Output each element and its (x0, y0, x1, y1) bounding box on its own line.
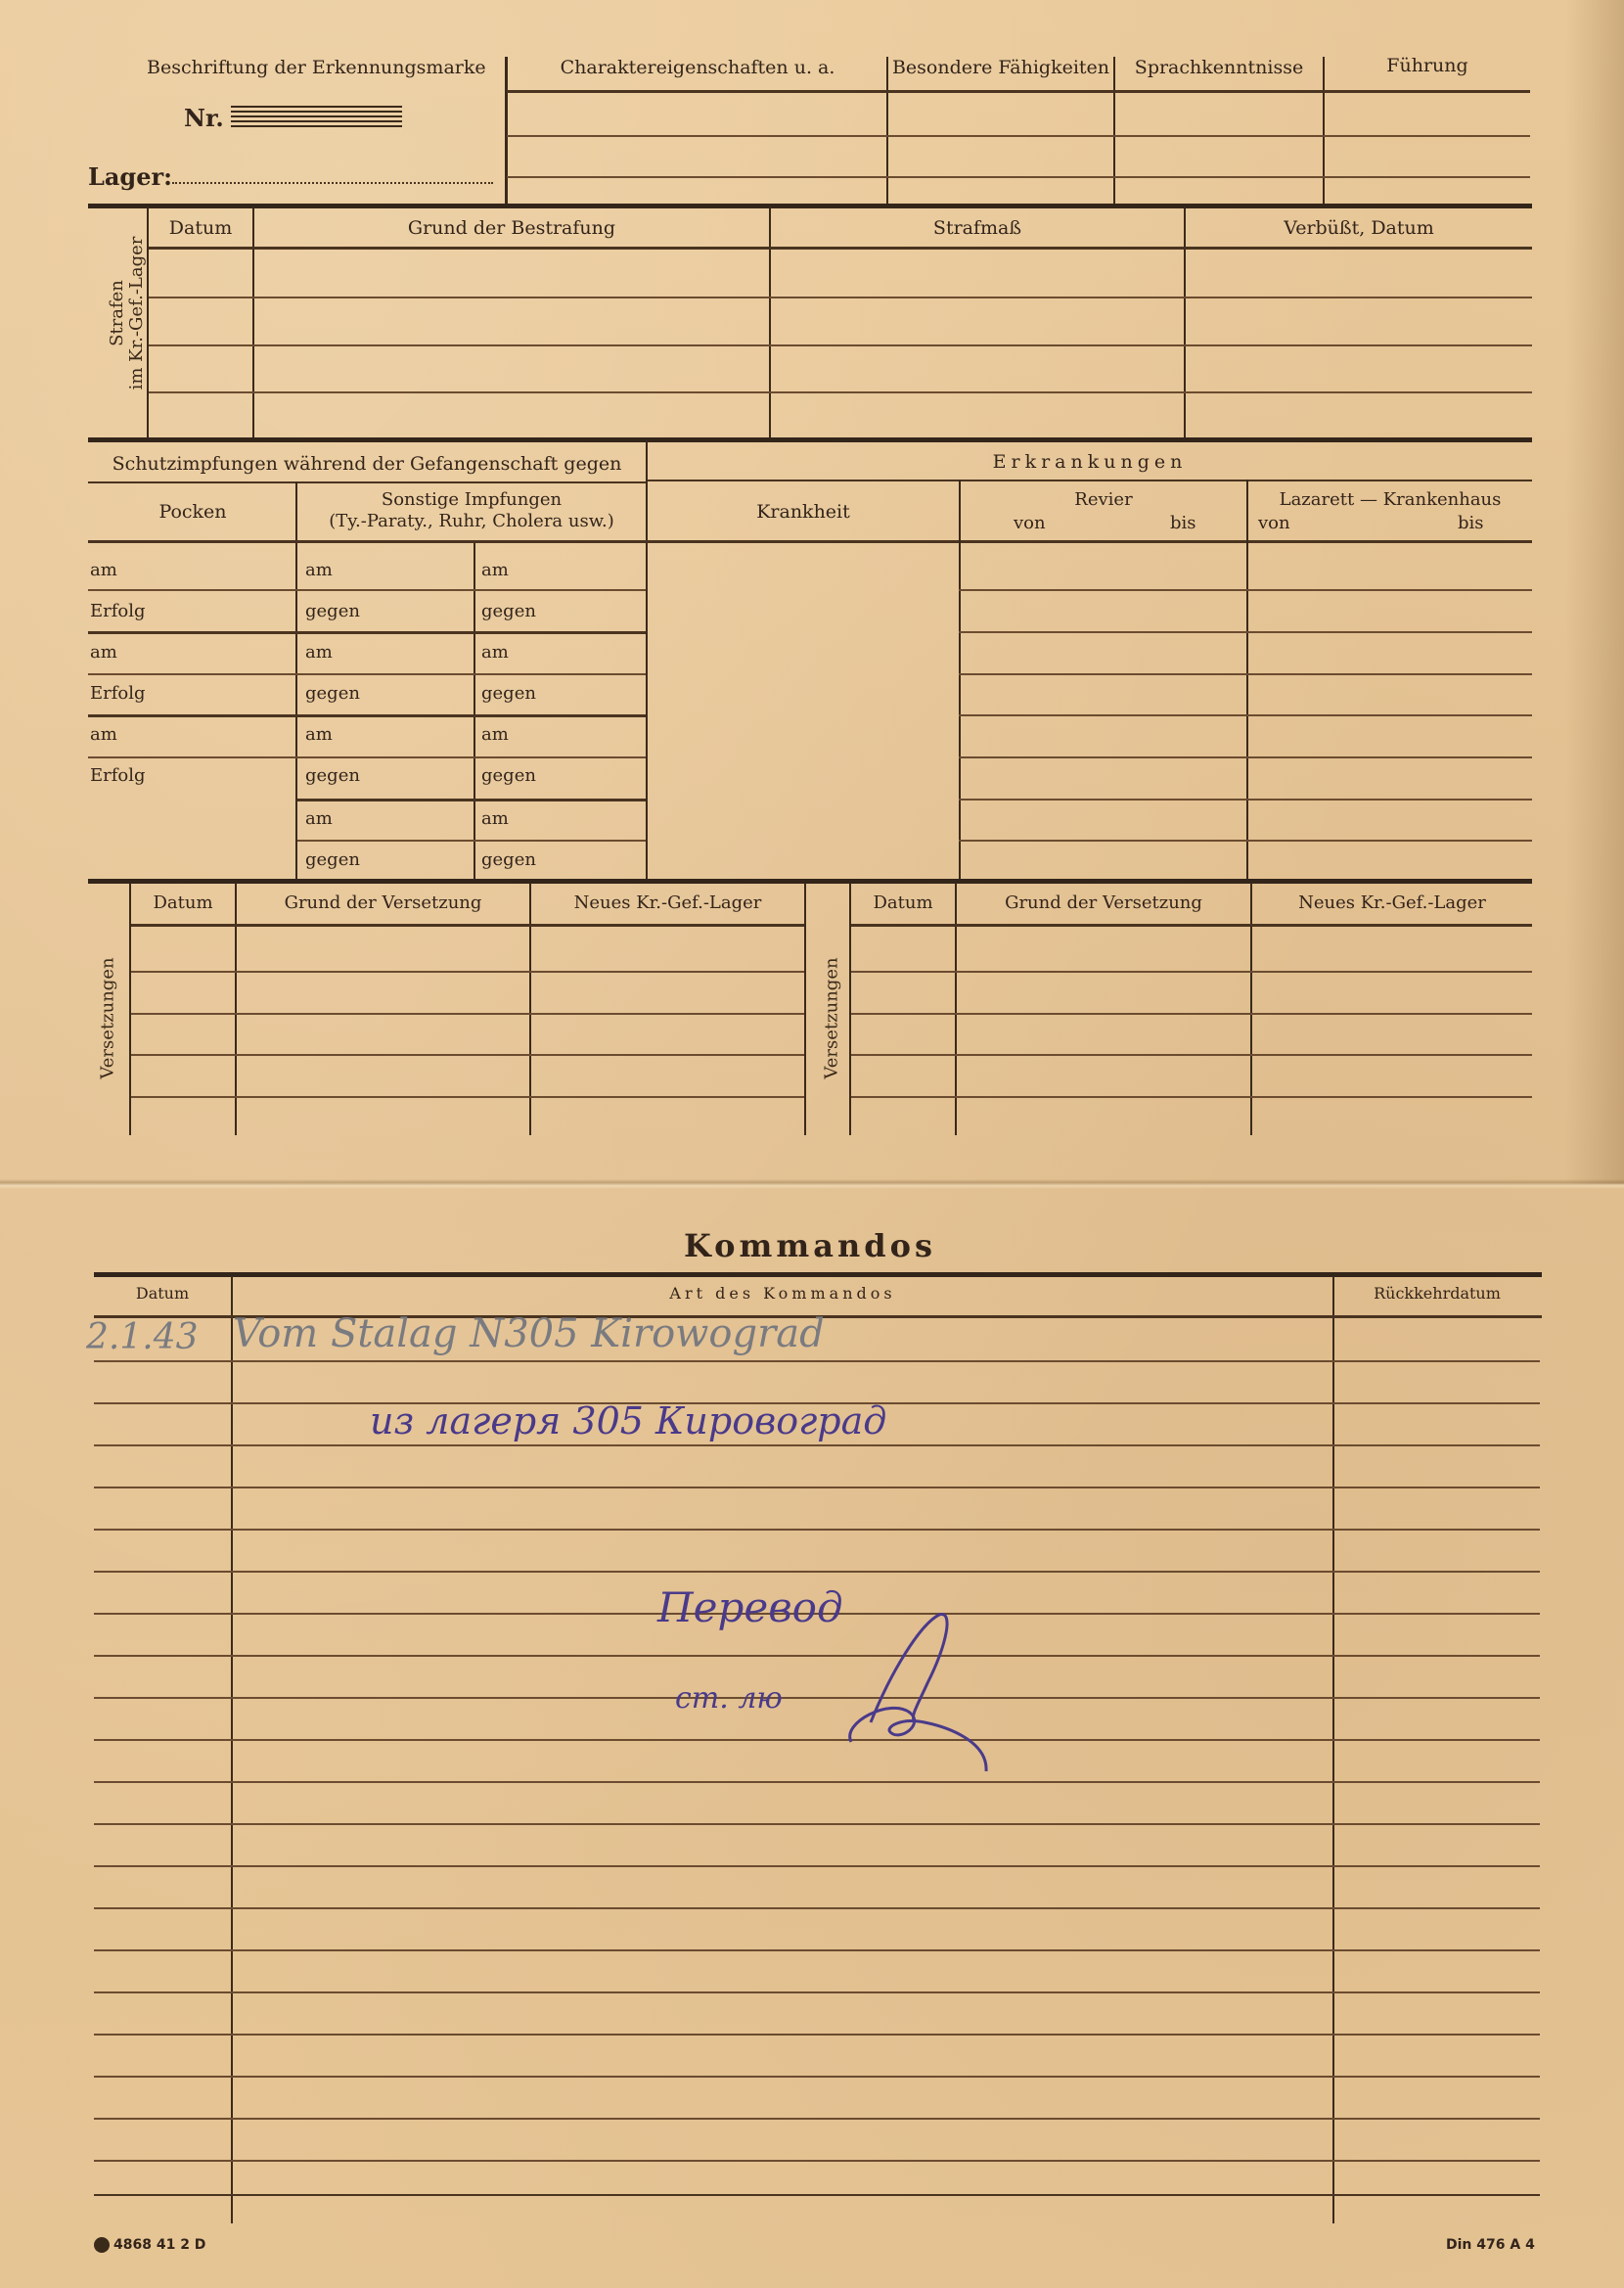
rule (88, 589, 646, 591)
divider (1113, 57, 1115, 206)
rule (94, 2034, 1540, 2036)
rule (959, 714, 1532, 716)
col-lazarett: Lazarett — Krankenhaus (1248, 489, 1532, 510)
rule (94, 2076, 1540, 2078)
rule (851, 1096, 1532, 1098)
col-date: Datum (131, 892, 235, 913)
other-am: am (305, 724, 333, 745)
rule (648, 480, 1532, 481)
rule (131, 924, 804, 927)
col-character: Charaktereigenschaften u. a. (509, 57, 886, 78)
rule (88, 481, 646, 483)
col-penalty: Strafmaß (771, 217, 1184, 239)
rule (507, 90, 1530, 93)
other-am: am (481, 560, 509, 580)
col-date: Datum (94, 1284, 231, 1303)
rule (94, 1655, 1540, 1657)
lazarett-to: bis (1458, 513, 1484, 533)
section-rule (88, 437, 1532, 442)
paper-edge-stain (1565, 0, 1624, 1184)
rule (88, 631, 646, 634)
col-conduct: Führung (1325, 55, 1530, 76)
rule (94, 1444, 1540, 1446)
rule (94, 2118, 1540, 2120)
rule (851, 971, 1532, 973)
rule (131, 1054, 804, 1056)
other-gegen: gegen (305, 683, 360, 704)
divider (1323, 57, 1325, 206)
other-gegen: gegen (305, 765, 360, 786)
divider (505, 57, 508, 206)
rule (94, 1949, 1540, 1951)
col-transfer-reason: Grund der Versetzung (957, 892, 1250, 913)
col-abilities: Besondere Fähigkeiten (888, 57, 1113, 78)
din-format: Din 476 A 4 (1446, 2237, 1535, 2253)
rule (131, 1013, 804, 1015)
rule (507, 176, 1530, 178)
pocken-am: am (90, 642, 117, 663)
rule (851, 924, 1532, 927)
rule (297, 840, 646, 842)
signature-icon (832, 1605, 1008, 1781)
section-rule (88, 879, 1532, 884)
rule (851, 1054, 1532, 1056)
col-new-camp: Neues Kr.-Gef.-Lager (531, 892, 804, 913)
tag-header: Beschriftung der Erkennungsmarke (147, 57, 486, 78)
rule (297, 799, 646, 801)
rule (94, 1697, 1540, 1699)
other-gegen: gegen (305, 849, 360, 870)
pocken-am: am (90, 724, 117, 745)
other-am: am (481, 724, 509, 745)
revier-to: bis (1170, 513, 1196, 533)
other-am: am (305, 808, 333, 829)
col-new-camp: Neues Kr.-Gef.-Lager (1252, 892, 1532, 913)
rule (94, 2160, 1540, 2162)
side-label-line: im Kr.-Gef.-Lager (127, 225, 147, 401)
rule (94, 1991, 1540, 1993)
document-paper (0, 0, 1624, 2288)
nr-label: Nr. (184, 104, 224, 132)
rule (94, 1360, 1540, 1362)
rule (959, 631, 1532, 633)
kommandos-title: Kommandos (88, 1227, 1532, 1264)
rule (959, 589, 1532, 591)
entry-date: 2.1.43 (86, 1317, 199, 1357)
lager-label: Lager: (88, 162, 172, 191)
rule (131, 971, 804, 973)
col-return-date: Rückkehrdatum (1334, 1284, 1540, 1303)
other-am: am (305, 642, 333, 663)
rule (94, 1739, 1540, 1741)
divider (1332, 1276, 1334, 2223)
rule (94, 1823, 1540, 1825)
col-date: Datum (149, 217, 252, 239)
section-rule (88, 204, 1532, 208)
divider (769, 207, 771, 440)
entry-text: Vom Stalag N305 Kirowograd (233, 1311, 825, 1356)
other-gegen: gegen (481, 849, 536, 870)
pocken-erfolg: Erfolg (90, 683, 146, 704)
rule (131, 1096, 804, 1098)
rule (959, 799, 1532, 801)
transfers-side-label-left: Versetzungen (98, 940, 118, 1097)
col-other-vaccines-sub: (Ty.-Paraty., Ruhr, Cholera usw.) (297, 511, 646, 531)
pocken-am: am (90, 560, 117, 580)
other-am: am (481, 808, 509, 829)
punishments-side-label: Strafen im Kr.-Gef.-Lager (108, 225, 147, 401)
other-gegen: gegen (481, 683, 536, 704)
side-label-line: Strafen (108, 225, 127, 401)
col-languages: Sprachkenntnisse (1115, 57, 1323, 78)
divider (474, 540, 475, 881)
rule (94, 1781, 1540, 1783)
col-kommando-type: Art des Kommandos (233, 1284, 1332, 1303)
illnesses-header: Erkrankungen (648, 451, 1532, 473)
other-gegen: gegen (481, 765, 536, 786)
col-served: Verbüßt, Datum (1186, 217, 1532, 239)
rule (88, 714, 646, 717)
divider (804, 883, 806, 1135)
paper-fold (0, 1179, 1624, 1189)
rule (959, 673, 1532, 675)
rule (94, 1907, 1540, 1909)
rule (94, 2194, 1540, 2196)
divider (252, 207, 254, 440)
section-rule (94, 1272, 1542, 1277)
rule (959, 840, 1532, 842)
rule (88, 756, 646, 758)
rule (507, 135, 1530, 137)
rule (94, 1571, 1540, 1573)
rule (959, 756, 1532, 758)
pocken-erfolg: Erfolg (90, 601, 146, 621)
printer-mark-icon (94, 2237, 110, 2253)
other-am: am (305, 560, 333, 580)
nr-field[interactable] (231, 106, 402, 130)
col-other-vaccines: Sonstige Impfungen (297, 489, 646, 510)
translator-note: Перевод (657, 1583, 843, 1631)
col-reason: Grund der Bestrafung (254, 217, 769, 239)
rule (851, 1013, 1532, 1015)
other-am: am (481, 642, 509, 663)
lager-field[interactable] (172, 182, 493, 184)
rule (94, 1487, 1540, 1488)
pocken-erfolg: Erfolg (90, 765, 146, 786)
other-gegen: gegen (481, 601, 536, 621)
rule (94, 1865, 1540, 1867)
print-code-text: 4868 41 2 D (113, 2237, 205, 2253)
rule (94, 1529, 1540, 1531)
divider (959, 480, 961, 881)
rule (149, 391, 1532, 393)
vaccinations-header: Schutzimpfungen während der Gefangenscha… (88, 453, 646, 475)
rule (149, 247, 1532, 250)
print-code: 4868 41 2 D (94, 2237, 205, 2253)
col-date: Datum (851, 892, 955, 913)
rule (88, 673, 646, 675)
lazarett-from: von (1258, 513, 1290, 533)
transfers-side-label-right: Versetzungen (822, 940, 842, 1097)
revier-from: von (1014, 513, 1046, 533)
other-gegen: gegen (305, 601, 360, 621)
translator-title: ст. лю (675, 1681, 783, 1716)
col-pocken: Pocken (90, 501, 295, 523)
divider (886, 57, 888, 206)
divider (1184, 207, 1186, 440)
col-illness: Krankheit (648, 501, 959, 523)
rule (149, 297, 1532, 298)
col-revier: Revier (961, 489, 1246, 510)
col-transfer-reason: Grund der Versetzung (237, 892, 529, 913)
entry-text: из лагеря 305 Кировоград (370, 1399, 886, 1442)
divider (147, 207, 149, 440)
rule (149, 344, 1532, 346)
rule (88, 540, 1532, 543)
divider (231, 1276, 233, 2223)
divider (1246, 480, 1248, 881)
